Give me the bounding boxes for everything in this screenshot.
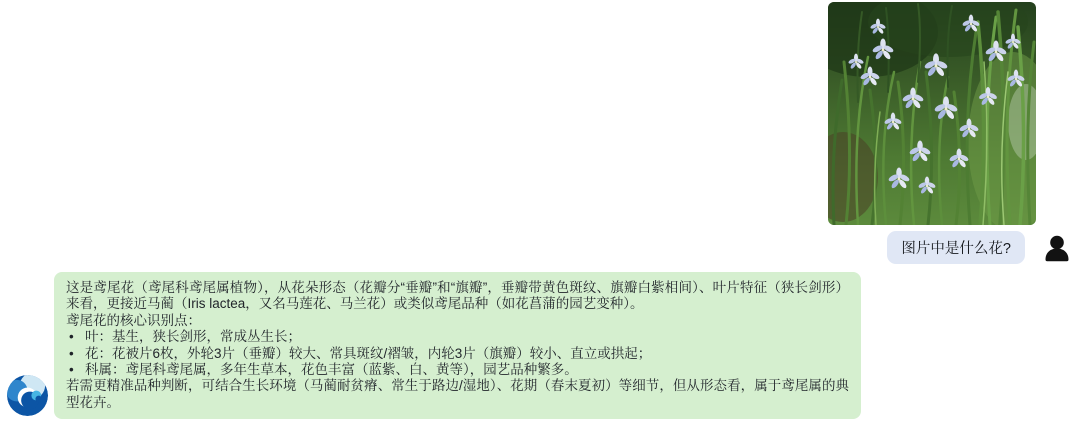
- user-avatar: [1042, 233, 1072, 263]
- bullet-item: • 花：花被片6枚，外轮3片（垂瓣）较大、常具斑纹/褶皱，内轮3片（旗瓣）较小、…: [66, 346, 849, 362]
- bullet-item: • 叶：基生，狭长剑形，常成丛生长；: [66, 329, 849, 345]
- assistant-message-bubble: 这是鸢尾花（鸢尾科鸢尾属植物），从花朵形态（花瓣分“垂瓣”和“旗瓣”，垂瓣带黄色…: [54, 272, 861, 419]
- bullet-glyph: •: [66, 346, 85, 362]
- user-message-bubble: 图片中是什么花?: [887, 231, 1025, 264]
- bullet-item-text: 花：花被片6枚，外轮3片（垂瓣）较大、常具斑纹/褶皱，内轮3片（旗瓣）较小、直立…: [85, 346, 849, 362]
- assistant-avatar: [6, 374, 49, 417]
- assistant-intro-paragraph: 这是鸢尾花（鸢尾科鸢尾属植物），从花朵形态（花瓣分“垂瓣”和“旗瓣”，垂瓣带黄色…: [66, 280, 849, 313]
- iris-photo-illustration: [828, 2, 1036, 225]
- user-message-text: 图片中是什么花?: [901, 237, 1011, 258]
- bullet-glyph: •: [66, 329, 85, 345]
- bullet-item: • 科属：鸢尾科鸢尾属，多年生草本，花色丰富（蓝紫、白、黄等），园艺品种繁多。: [66, 362, 849, 378]
- assistant-bullet-list: • 叶：基生，狭长剑形，常成丛生长； • 花：花被片6枚，外轮3片（垂瓣）较大、…: [66, 329, 849, 378]
- bullet-item-text: 叶：基生，狭长剑形，常成丛生长；: [85, 329, 849, 345]
- assistant-outro-paragraph: 若需更精准品种判断，可结合生长环境（马蔺耐贫瘠、常生于路边/湿地）、花期（春末夏…: [66, 378, 849, 411]
- user-uploaded-flower-photo[interactable]: [828, 2, 1036, 225]
- assistant-heading: 鸢尾花的核心识别点：: [66, 313, 849, 329]
- person-icon: [1042, 233, 1072, 263]
- bullet-item-text: 科属：鸢尾科鸢尾属，多年生草本，花色丰富（蓝紫、白、黄等），园艺品种繁多。: [85, 362, 849, 378]
- chat-screen: { "app": { "background": "#ffffff" }, "u…: [0, 0, 1080, 434]
- bullet-glyph: •: [66, 362, 85, 378]
- blue-swirl-logo-icon: [6, 374, 49, 417]
